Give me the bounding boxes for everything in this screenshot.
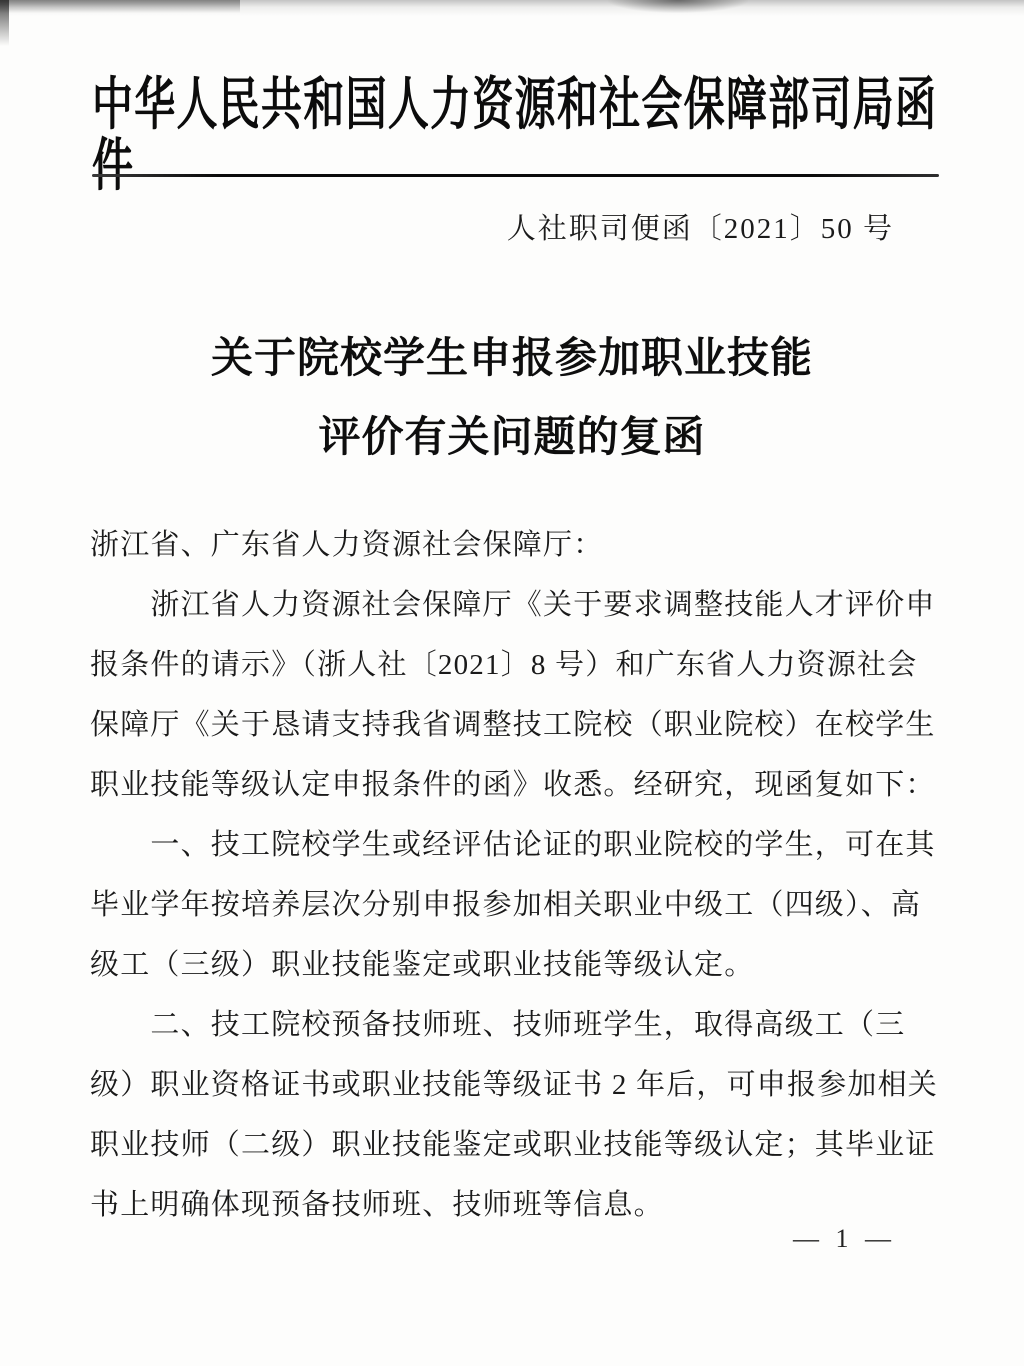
letter-body: 浙江省、广东省人力资源社会保障厅： 浙江省人力资源社会保障厅《关于要求调整技能人… [90, 515, 942, 1235]
body-line: 保障厅《关于恳请支持我省调整技工院校（职业院校）在校学生 [90, 695, 942, 755]
page-number: — 1 — [793, 1224, 896, 1254]
body-line: 报条件的请示》（浙人社〔2021〕8 号）和广东省人力资源社会 [90, 635, 942, 695]
document-title: 关于院校学生申报参加职业技能 评价有关问题的复函 [0, 320, 1024, 478]
document-title-line1: 关于院校学生申报参加职业技能 [0, 320, 1024, 399]
body-line: 毕业学年按培养层次分别申报参加相关职业中级工（四级）、高 [90, 875, 942, 935]
body-line: 职业技师（二级）职业技能鉴定或职业技能等级认定；其毕业证 [90, 1115, 942, 1175]
body-line: 一、技工院校学生或经评估论证的职业院校的学生，可在其 [90, 815, 942, 875]
body-line: 浙江省人力资源社会保障厅《关于要求调整技能人才评价申 [90, 575, 942, 635]
document-page: 中华人民共和国人力资源和社会保障部司局函件 人社职司便函〔2021〕50 号 关… [0, 0, 1024, 1366]
letterhead-title: 中华人民共和国人力资源和社会保障部司局函件 [92, 74, 936, 195]
body-line: 二、技工院校预备技师班、技师班学生，取得高级工（三 [90, 995, 942, 1055]
scan-artifact-left-edge [0, 0, 9, 46]
letterhead-divider [92, 174, 939, 177]
scan-artifact-top-left [0, 0, 240, 13]
body-line: 浙江省、广东省人力资源社会保障厅： [90, 515, 942, 575]
body-line: 职业技能等级认定申报条件的函》收悉。经研究，现函复如下： [90, 755, 942, 815]
scan-artifact-smudge [608, 0, 748, 13]
document-title-line2: 评价有关问题的复函 [0, 399, 1024, 478]
body-line: 级）职业资格证书或职业技能等级证书 2 年后，可申报参加相关 [90, 1055, 942, 1115]
body-line: 级工（三级）职业技能鉴定或职业技能等级认定。 [90, 935, 942, 995]
document-number: 人社职司便函〔2021〕50 号 [507, 206, 894, 247]
